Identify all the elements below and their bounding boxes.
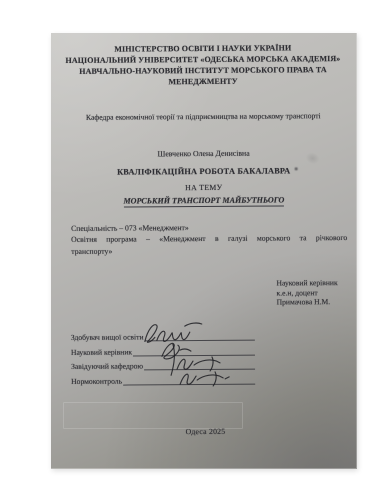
- supervisor-role: Науковий керівник: [276, 278, 337, 288]
- signature-row-norm-control: Нормоконтроль: [71, 370, 255, 385]
- department-line: Кафедра економічної теорії та підприємни…: [51, 111, 356, 122]
- supervisor-block: Науковий керівник к.е.н, доцент Примачов…: [276, 278, 337, 308]
- program-line-1: Освітня програма – «Менеджмент в галузі …: [71, 232, 347, 245]
- thesis-theme: МОРСЬКИЙ ТРАНСПОРТ МАЙБУТНЬОГО: [51, 195, 357, 206]
- signature-row-head-of-department: Завідуючий кафедрою: [71, 356, 255, 371]
- photo-speck-artifact: [295, 167, 298, 170]
- thesis-theme-text: МОРСЬКИЙ ТРАНСПОРТ МАЙБУТНЬОГО: [123, 195, 284, 207]
- signature-label: Завідуючий кафедрою: [71, 361, 143, 371]
- photo-background: МІНІСТЕРСТВО ОСВІТИ І НАУКИ УКРАЇНИ НАЦІ…: [0, 0, 371, 480]
- work-title: КВАЛІФІКАЦІЙНА РОБОТА БАКАЛАВРА: [51, 166, 357, 177]
- specialty-block: Спеціальність – 073 «Менеджмент» Освітня…: [71, 221, 347, 257]
- document-page: МІНІСТЕРСТВО ОСВІТИ І НАУКИ УКРАЇНИ НАЦІ…: [51, 33, 357, 469]
- signature-underline: [123, 382, 255, 385]
- supervisor-name: Примачова Н.М.: [277, 297, 338, 307]
- signature-row-supervisor: Науковий керівник: [71, 341, 255, 356]
- signature-label: Науковий керівник: [71, 347, 132, 356]
- signature-row-student: Здобувач вищої освіти: [71, 327, 255, 342]
- signature-label: Здобувач вищої освіти: [71, 332, 144, 342]
- program-line-2: транспорту»: [71, 244, 347, 257]
- signature-label: Нормоконтроль: [71, 376, 122, 385]
- city-year-footer: Одеса 2025: [52, 426, 357, 437]
- supervisor-degree: к.е.н, доцент: [277, 288, 338, 298]
- header-block: МІНІСТЕРСТВО ОСВІТИ І НАУКИ УКРАЇНИ НАЦІ…: [51, 42, 356, 88]
- on-topic-label: НА ТЕМУ: [51, 182, 357, 193]
- institute-line-2: МЕНЕДЖМЕНТУ: [51, 75, 356, 88]
- page-content: МІНІСТЕРСТВО ОСВІТИ І НАУКИ УКРАЇНИ НАЦІ…: [51, 33, 357, 469]
